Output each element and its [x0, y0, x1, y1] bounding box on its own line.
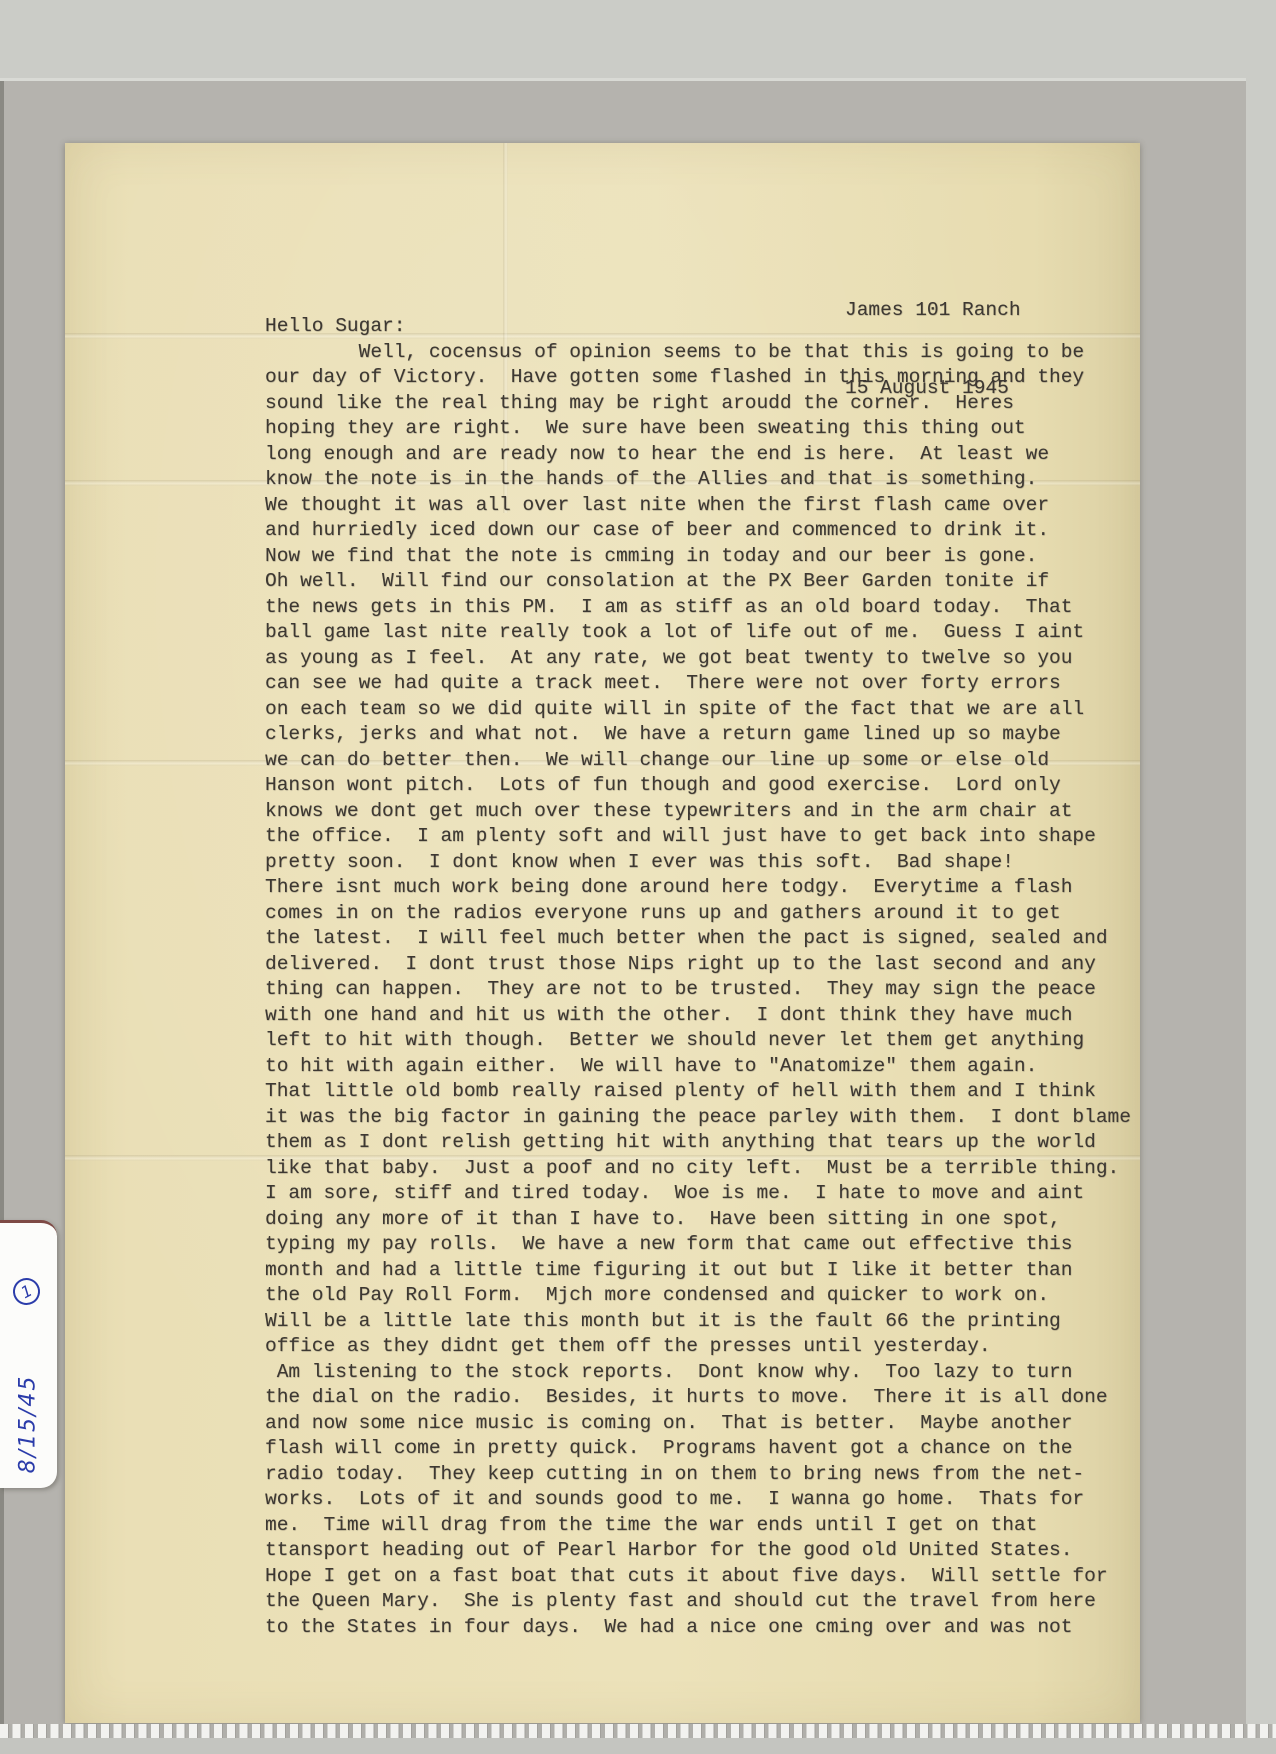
letter-line: know the note is in the hands of the All… [265, 467, 1131, 493]
letter-paper: James 101 Ranch 15 August 1945 Hello Sug… [65, 143, 1140, 1723]
letter-line: thing can happen. They are not to be tru… [265, 977, 1131, 1003]
letter-line: sound like the real thing may be right a… [265, 391, 1131, 417]
letter-line: me. Time will drag from the time the war… [265, 1513, 1131, 1539]
letter-line: typing my pay rolls. We have a new form … [265, 1232, 1131, 1258]
letter-line: comes in on the radios everyone runs up … [265, 901, 1131, 927]
scanner-bottom-band [0, 1738, 1276, 1754]
letter-line: with one hand and hit us with the other.… [265, 1003, 1131, 1029]
perforation-strip [0, 1724, 1276, 1738]
letter-line: our day of Victory. Have gotten some fla… [265, 365, 1131, 391]
letter-line: month and had a little time figuring it … [265, 1258, 1131, 1284]
letter-line: Am listening to the stock reports. Dont … [265, 1360, 1131, 1386]
letter-line: Hello Sugar: [265, 314, 1131, 340]
letter-line: There isnt much work being done around h… [265, 875, 1131, 901]
letter-line: and hurriedly iced down our case of beer… [265, 518, 1131, 544]
letter-line: the Queen Mary. She is plenty fast and s… [265, 1589, 1131, 1615]
letter-line: Well, cocensus of opinion seems to be th… [265, 340, 1131, 366]
letter-line: the old Pay Roll Form. Mjch more condens… [265, 1283, 1131, 1309]
letter-line: works. Lots of it and sounds good to me.… [265, 1487, 1131, 1513]
letter-line: like that baby. Just a poof and no city … [265, 1156, 1131, 1182]
letter-line: to the States in four days. We had a nic… [265, 1615, 1131, 1641]
letter-line: flash will come in pretty quick. Program… [265, 1436, 1131, 1462]
letter-line: knows we dont get much over these typewr… [265, 799, 1131, 825]
letter-line: office as they didnt get them off the pr… [265, 1334, 1131, 1360]
letter-line: ball game last nite really took a lot of… [265, 620, 1131, 646]
letter-line: the news gets in this PM. I am as stiff … [265, 595, 1131, 621]
letter-line: That little old bomb really raised plent… [265, 1079, 1131, 1105]
letter-line: Hope I get on a fast boat that cuts it a… [265, 1564, 1131, 1590]
letter-line: can see we had quite a track meet. There… [265, 671, 1131, 697]
letter-line: delivered. I dont trust those Nips right… [265, 952, 1131, 978]
letter-line: on each team so we did quite will in spi… [265, 697, 1131, 723]
letter-line: ttansport heading out of Pearl Harbor fo… [265, 1538, 1131, 1564]
letter-line: radio today. They keep cutting in on the… [265, 1462, 1131, 1488]
letter-line: Now we find that the note is cmming in t… [265, 544, 1131, 570]
letter-line: and now some nice music is coming on. Th… [265, 1411, 1131, 1437]
letter-line: clerks, jerks and what not. We have a re… [265, 722, 1131, 748]
letter-body: Hello Sugar: Well, cocensus of opinion s… [265, 314, 1131, 1640]
letter-line: as young as I feel. At any rate, we got … [265, 646, 1131, 672]
letter-line: we can do better then. We will change ou… [265, 748, 1131, 774]
letter-line: to hit with again either. We will have t… [265, 1054, 1131, 1080]
letter-line: Hanson wont pitch. Lots of fun though an… [265, 773, 1131, 799]
letter-line: it was the big factor in gaining the pea… [265, 1105, 1131, 1131]
letter-line: long enough and are ready now to hear th… [265, 442, 1131, 468]
letter-line: I am sore, stiff and tired today. Woe is… [265, 1181, 1131, 1207]
scanned-letter-page: James 101 Ranch 15 August 1945 Hello Sug… [0, 0, 1276, 1754]
protector-left-edge [0, 81, 4, 1754]
letter-line: Oh well. Will find our consolation at th… [265, 569, 1131, 595]
letter-line: We thought it was all over last nite whe… [265, 493, 1131, 519]
letter-line: hoping they are right. We sure have been… [265, 416, 1131, 442]
letter-line: doing any more of it than I have to. Hav… [265, 1207, 1131, 1233]
handwritten-date: 8/15/45 [16, 1352, 42, 1497]
letter-line: the latest. I will feel much better when… [265, 926, 1131, 952]
letter-line: pretty soon. I dont know when I ever was… [265, 850, 1131, 876]
page-number-circled: 1 [8, 1273, 45, 1310]
letter-line: left to hit with though. Better we shoul… [265, 1028, 1131, 1054]
letter-line: the dial on the radio. Besides, it hurts… [265, 1385, 1131, 1411]
letter-line: Will be a little late this month but it … [265, 1309, 1131, 1335]
letter-line: them as I dont relish getting hit with a… [265, 1130, 1131, 1156]
letter-line: the office. I am plenty soft and will ju… [265, 824, 1131, 850]
archive-label: 1 8/15/45 [0, 1220, 57, 1488]
